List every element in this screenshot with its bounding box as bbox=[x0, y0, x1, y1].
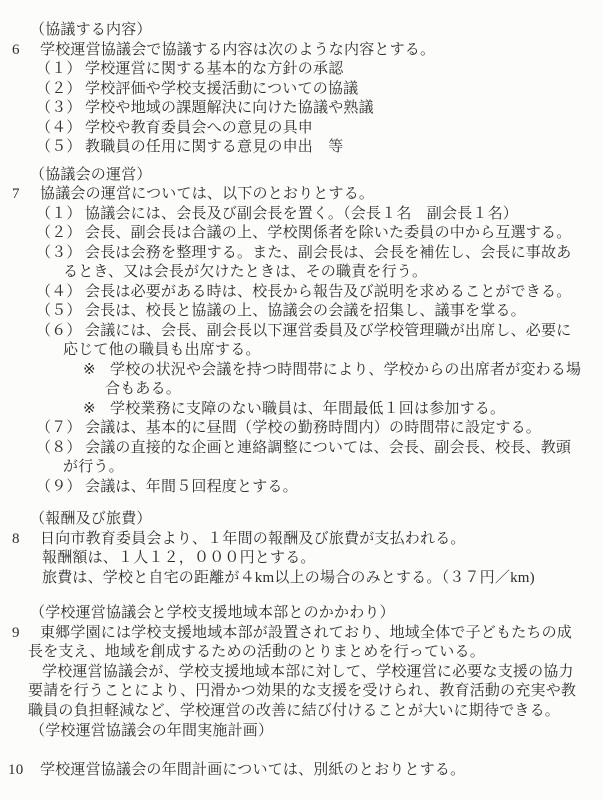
list-item: （８） 会議の直接的な企画と連絡調整については、会長、副会長、校長、教頭 bbox=[0, 439, 599, 459]
item-text: 学校運営協議会の年間計画については、別紙のとおりとする。 bbox=[40, 761, 465, 781]
item-text: 会議は、年間５回程度とする。 bbox=[85, 478, 298, 498]
list-item: （５） 教職員の任用に関する意見の申出 等 bbox=[0, 138, 599, 158]
paragraph-line: 報酬額は、１人１２，０００円とする。 bbox=[0, 549, 599, 569]
section-heading: （協議会の運営） bbox=[0, 166, 599, 186]
item-number: 7 bbox=[12, 185, 40, 205]
list-item: （４） 学校や教育委員会への意見の具申 bbox=[0, 119, 599, 139]
paragraph-line: 学校運営協議会が、学校支援地域本部に対して、学校運営に必要な支援の協力 bbox=[0, 663, 599, 683]
item-number: 8 bbox=[12, 530, 40, 550]
paragraph-line: 要請を行うことにより、円滑かつ効果的な支援を受けられ、教育活動の充実や教 bbox=[0, 682, 599, 702]
section-heading: （報酬及び旅費） bbox=[0, 510, 599, 530]
list-item: （３） 学校や地域の課題解決に向けた協議や熟議 bbox=[0, 99, 599, 119]
section-regional-hq-relation: （学校運営協議会と学校支援地域本部とのかかわり） 9 東郷学園には学校支援地域本… bbox=[0, 604, 599, 721]
item-marker: （３） bbox=[36, 244, 85, 264]
item-text: 会議には、会長、副会長以下運営委員及び学校管理職が出席し、必要に bbox=[85, 322, 571, 342]
item-marker: （１） bbox=[36, 60, 85, 80]
item-marker: （２） bbox=[36, 80, 85, 100]
paragraph-line: 旅費は、学校と自宅の距離が４km以上の場合のみとする。（３７円／km) bbox=[0, 569, 599, 589]
item-number: 10 bbox=[8, 761, 40, 781]
section-heading: （協議する内容） bbox=[0, 21, 599, 41]
item-marker: （６） bbox=[36, 322, 85, 342]
item-marker: （５） bbox=[36, 302, 85, 322]
note-text: 学校業務に支障のない職員は、年間最低１回は参加する。 bbox=[110, 400, 505, 420]
numbered-item: 9 東郷学園には学校支援地域本部が設置されており、地域全体で子どもたちの成 bbox=[0, 624, 599, 644]
list-item: （６） 会議には、会長、副会長以下運営委員及び学校管理職が出席し、必要に bbox=[0, 322, 599, 342]
item-marker: （７） bbox=[36, 419, 85, 439]
item-text: 東郷学園には学校支援地域本部が設置されており、地域全体で子どもたちの成 bbox=[40, 624, 572, 644]
list-item: （３） 会長は会務を整理する。また、副会長は、会長を補佐し、会長に事故あ bbox=[0, 244, 599, 264]
item-text: 協議会の運営については、以下のとおりとする。 bbox=[40, 185, 374, 205]
item-text: 会議は、基本的に昼間（学校の勤務時間内）の時間帯に設定する。 bbox=[85, 419, 541, 439]
list-item-continuation: るとき、又は会長が欠けたときは、その職責を行う。 bbox=[0, 263, 599, 283]
note-item: ※ 学校業務に支障のない職員は、年間最低１回は参加する。 bbox=[0, 400, 599, 420]
list-item: （１） 学校運営に関する基本的な方針の承認 bbox=[0, 60, 599, 80]
item-text: 学校評価や学校支援活動についての協議 bbox=[85, 80, 358, 100]
item-text: 学校運営協議会で協議する内容は次のような内容とする。 bbox=[40, 41, 435, 61]
note-marker: ※ bbox=[83, 400, 110, 420]
section-council-operation: （協議会の運営） 7 協議会の運営については、以下のとおりとする。 （１） 協議… bbox=[0, 166, 599, 498]
section-heading: （学校運営協議会と学校支援地域本部とのかかわり） bbox=[0, 604, 599, 624]
note-text: 学校の状況や会議を持つ時間帯により、学校からの出席者が変わる場 bbox=[110, 361, 581, 381]
item-text: 協議会には、会長及び副会長を置く。（会長１名 副会長１名） bbox=[85, 205, 518, 225]
list-item: （２） 学校評価や学校支援活動についての協議 bbox=[0, 80, 599, 100]
item-marker: （１） bbox=[36, 205, 85, 225]
item-text: 学校や地域の課題解決に向けた協議や熟議 bbox=[85, 99, 374, 119]
list-item: （９） 会議は、年間５回程度とする。 bbox=[0, 478, 599, 498]
numbered-item: 8 日向市教育委員会より、１年間の報酬及び旅費が支払われる。 bbox=[0, 530, 599, 550]
section-consultation-contents: （協議する内容） 6 学校運営協議会で協議する内容は次のような内容とする。 （１… bbox=[0, 21, 599, 158]
list-item: （１） 協議会には、会長及び副会長を置く。（会長１名 副会長１名） bbox=[0, 205, 599, 225]
document-page: （協議する内容） 6 学校運営協議会で協議する内容は次のような内容とする。 （１… bbox=[0, 0, 603, 780]
item-marker: （４） bbox=[36, 119, 85, 139]
section-remuneration-travel: （報酬及び旅費） 8 日向市教育委員会より、１年間の報酬及び旅費が支払われる。 … bbox=[0, 510, 599, 588]
list-item: （７） 会議は、基本的に昼間（学校の勤務時間内）の時間帯に設定する。 bbox=[0, 419, 599, 439]
numbered-item: 10 学校運営協議会の年間計画については、別紙のとおりとする。 bbox=[0, 761, 599, 781]
list-item: （４） 会長は必要がある時は、校長から報告及び説明を求めることができる。 bbox=[0, 283, 599, 303]
item-marker: （４） bbox=[36, 283, 85, 303]
list-item: （５） 会長は、校長と協議の上、協議会の会議を招集し、議事を掌る。 bbox=[0, 302, 599, 322]
item-marker: （２） bbox=[36, 224, 85, 244]
item-marker: （８） bbox=[36, 439, 85, 459]
item-number: 6 bbox=[12, 41, 40, 61]
item-text: 日向市教育委員会より、１年間の報酬及び旅費が支払われる。 bbox=[40, 530, 466, 550]
list-item: （２） 会長、副会長は合議の上、学校関係者を除いた委員の中から互選する。 bbox=[0, 224, 599, 244]
paragraph-line: 長を支え、地域を創成するための活動のとりまとめを行っている。 bbox=[0, 643, 599, 663]
item-number: 9 bbox=[12, 624, 40, 644]
item-marker: （５） bbox=[36, 138, 85, 158]
item-text: 学校運営に関する基本的な方針の承認 bbox=[85, 60, 343, 80]
paragraph-line: 職員の負担軽減など、学校運営の改善に結び付けることが大いに期待できる。 bbox=[0, 702, 599, 722]
note-item: ※ 学校の状況や会議を持つ時間帯により、学校からの出席者が変わる場 bbox=[0, 361, 599, 381]
numbered-item: 6 学校運営協議会で協議する内容は次のような内容とする。 bbox=[0, 41, 599, 61]
item-text: 会長、副会長は合議の上、学校関係者を除いた委員の中から互選する。 bbox=[85, 224, 571, 244]
item-text: 教職員の任用に関する意見の申出 等 bbox=[85, 138, 343, 158]
item-text: 会長は、校長と協議の上、協議会の会議を招集し、議事を掌る。 bbox=[85, 302, 526, 322]
item-marker: （９） bbox=[36, 478, 85, 498]
item-text: 会長は会務を整理する。また、副会長は、会長を補佐し、会長に事故あ bbox=[85, 244, 571, 264]
list-item-continuation: 応じて他の職員も出席する。 bbox=[0, 341, 599, 361]
note-marker: ※ bbox=[83, 361, 110, 381]
item-text: 会議の直接的な企画と連絡調整については、会長、副会長、校長、教頭 bbox=[85, 439, 571, 459]
item-marker: （３） bbox=[36, 99, 85, 119]
item-text: 会長は必要がある時は、校長から報告及び説明を求めることができる。 bbox=[85, 283, 571, 303]
item-text: 学校や教育委員会への意見の具申 bbox=[85, 119, 313, 139]
section-annual-plan: （学校運営協議会の年間実施計画） 10 学校運営協議会の年間計画については、別紙… bbox=[0, 722, 599, 780]
note-item-continuation: 合もある。 bbox=[0, 380, 599, 400]
numbered-item: 7 協議会の運営については、以下のとおりとする。 bbox=[0, 185, 599, 205]
list-item-continuation: が行う。 bbox=[0, 458, 599, 478]
section-heading: （学校運営協議会の年間実施計画） bbox=[0, 722, 599, 742]
